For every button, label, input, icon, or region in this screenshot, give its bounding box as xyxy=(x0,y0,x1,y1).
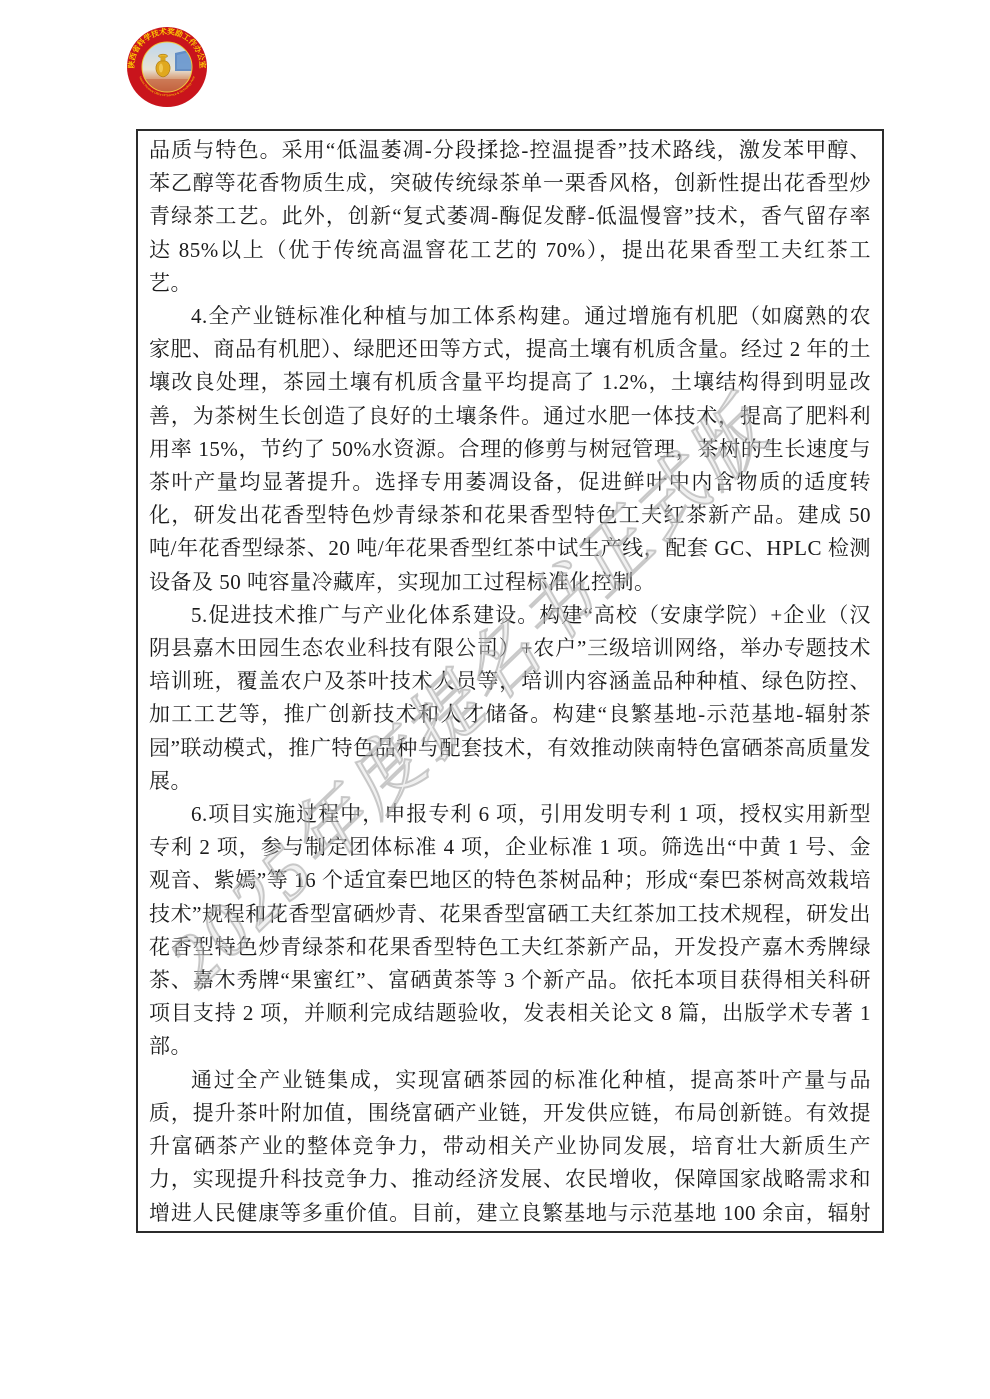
paragraph-item-5: 5.促进技术推广与产业化体系建设。构建“高校（安康学院）+企业（汉阴县嘉木田园生… xyxy=(149,599,871,798)
paragraph-item-4: 4.全产业链标准化种植与加工体系构建。通过增施有机肥（如腐熟的农家肥、商品有机肥… xyxy=(149,300,871,599)
paragraph-item-6: 6.项目实施过程中，申报专利 6 项，引用发明专利 1 项，授权实用新型专利 2… xyxy=(149,798,871,1064)
document-page: { "page": { "watermark_text": "2025年度提名书… xyxy=(0,0,990,1399)
seal-graphic: 陕西省科学技术奖励工作办公室 Shaanxi Province Office O… xyxy=(127,27,207,107)
paragraph-continuation: 品质与特色。采用“低温萎凋-分段揉捻-控温提香”技术路线，激发苯甲醇、苯乙醇等花… xyxy=(149,134,871,300)
paragraph-summary: 通过全产业链集成，实现富硒茶园的标准化种植，提高茶叶产量与品质，提升茶叶附加值，… xyxy=(149,1064,871,1233)
agency-seal-logo: 陕西省科学技术奖励工作办公室 Shaanxi Province Office O… xyxy=(127,27,207,107)
document-text-cell: 品质与特色。采用“低温萎凋-分段揉捻-控温提香”技术路线，激发苯甲醇、苯乙醇等花… xyxy=(136,129,884,1233)
document-content: 品质与特色。采用“低温萎凋-分段揉捻-控温提香”技术路线，激发苯甲醇、苯乙醇等花… xyxy=(138,131,882,1233)
